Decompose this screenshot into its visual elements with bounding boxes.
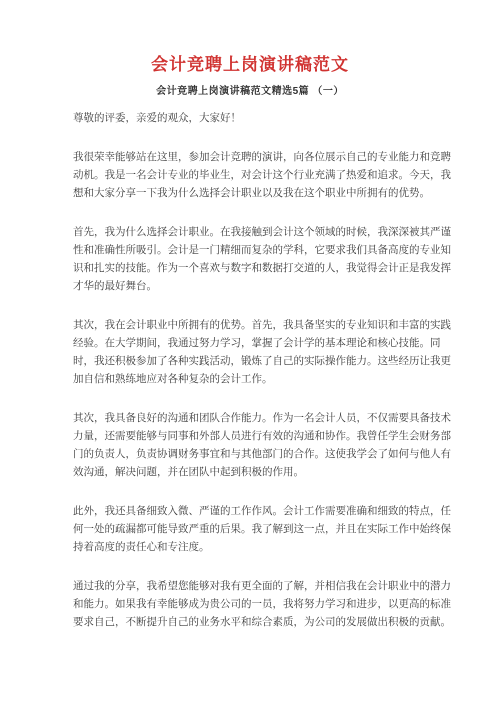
paragraph-closing: 通过我的分享，我希望您能够对我有更全面的了解，并相信我在会计职业中的潜力和能力。… [73, 577, 455, 631]
paragraph-why-accounting: 首先，我为什么选择会计职业。在我接触到会计这个领域的时候，我深深被其严谨性和准确… [73, 223, 455, 295]
page-subtitle: 会计竞聘上岗演讲稿范文精选5篇 （一） [0, 85, 500, 99]
page-title: 会计竞聘上岗演讲稿范文 [0, 52, 500, 77]
greeting-line: 尊敬的评委，亲爱的观众，大家好！ [73, 109, 455, 127]
paragraph-strengths-knowledge: 其次，我在会计职业中所拥有的优势。首先，我具备坚实的专业知识和丰富的实践经验。在… [73, 316, 455, 388]
document-header: 会计竞聘上岗演讲稿范文 会计竞聘上岗演讲稿范文精选5篇 （一） [0, 0, 500, 99]
paragraph-work-style: 此外，我还具备细致入微、严谨的工作作风。会计工作需要准确和细致的特点，任何一处的… [73, 502, 455, 556]
paragraph-intro: 我很荣幸能够站在这里，参加会计竞聘的演讲，向各位展示自己的专业能力和竞聘动机。我… [73, 148, 455, 202]
document-page: 会计竞聘上岗演讲稿范文 会计竞聘上岗演讲稿范文精选5篇 （一） 尊敬的评委，亲爱… [0, 0, 500, 707]
document-body: 尊敬的评委，亲爱的观众，大家好！ 我很荣幸能够站在这里，参加会计竞聘的演讲，向各… [73, 109, 455, 631]
paragraph-strengths-teamwork: 其次，我具备良好的沟通和团队合作能力。作为一名会计人员，不仅需要具备技术力量，还… [73, 409, 455, 481]
